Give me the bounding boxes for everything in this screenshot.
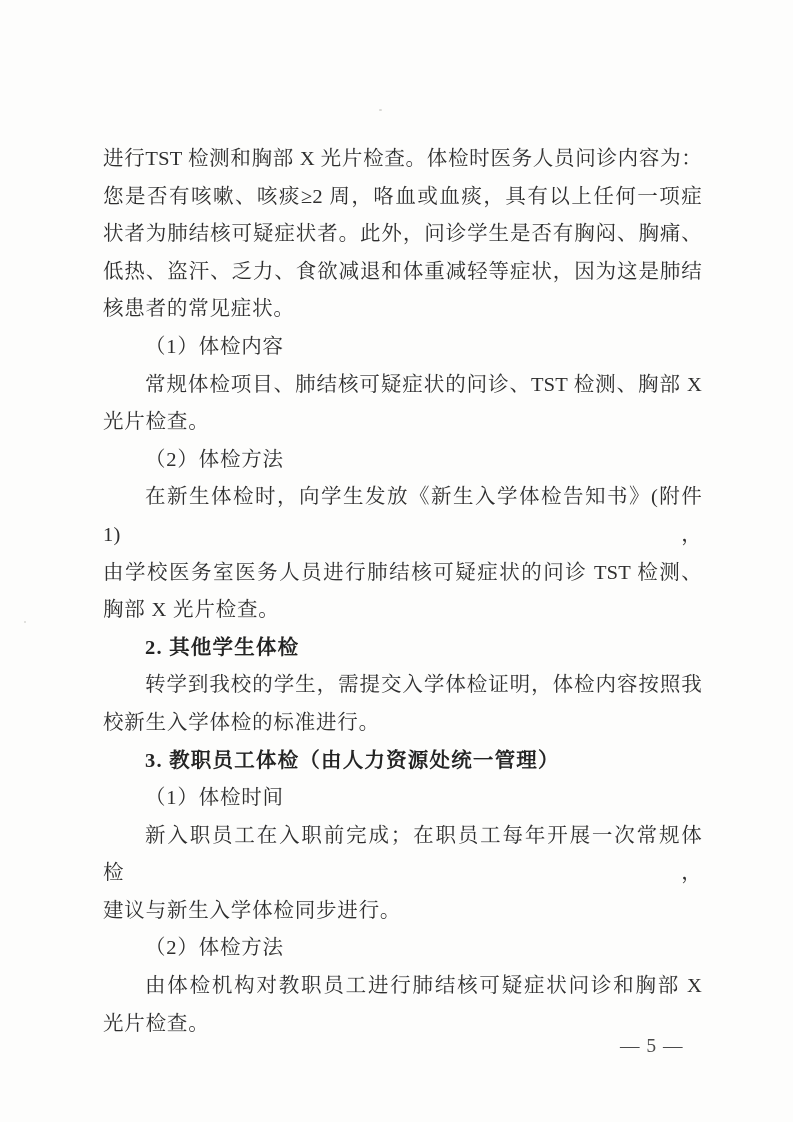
page-number: — 5 —: [620, 1036, 684, 1058]
document-page: 进行TST 检测和胸部 X 光片检查。体检时医务人员问诊内容为： 您是否有咳嗽、…: [0, 0, 793, 1122]
text-line: 由学校医务室医务人员进行肺结核可疑症状的问诊 TST 检测、: [103, 555, 702, 593]
text-line: 常规体检项目、肺结核可疑症状的问诊、TST 检测、胸部 X: [103, 367, 702, 405]
text-line: 光片检查。: [103, 404, 702, 442]
text-line: 在新生体检时，向学生发放《新生入学体检告知书》(附件 1)，: [103, 479, 702, 554]
text-line: 状者为肺结核可疑症状者。此外，问诊学生是否有胸闷、胸痛、: [103, 216, 702, 254]
document-body: 进行TST 检测和胸部 X 光片检查。体检时医务人员问诊内容为： 您是否有咳嗽、…: [103, 141, 702, 1043]
sub-heading: （1）体检内容: [103, 329, 702, 367]
text-line: 由体检机构对教职员工进行肺结核可疑症状问诊和胸部 X: [103, 968, 702, 1006]
text-line: 新入职员工在入职前完成；在职员工每年开展一次常规体检，: [103, 818, 702, 893]
sub-heading: （2）体检方法: [103, 930, 702, 968]
text-line: 进行TST 检测和胸部 X 光片检查。体检时医务人员问诊内容为：: [103, 141, 702, 179]
text-line: 低热、盗汗、乏力、食欲减退和体重减轻等症状，因为这是肺结: [103, 254, 702, 292]
text-line: 转学到我校的学生，需提交入学体检证明，体检内容按照我: [103, 667, 702, 705]
text-line: 校新生入学体检的标准进行。: [103, 705, 702, 743]
sub-heading: （2）体检方法: [103, 442, 702, 480]
text-line: 胸部 X 光片检查。: [103, 592, 702, 630]
text-line: 您是否有咳嗽、咳痰≥2 周，咯血或血痰，具有以上任何一项症: [103, 179, 702, 217]
section-heading: 3. 教职员工体检（由人力资源处统一管理）: [103, 743, 702, 781]
scan-speck: [24, 621, 26, 623]
text-line: 建议与新生入学体检同步进行。: [103, 893, 702, 931]
scan-speck: [379, 109, 382, 111]
text-line: 核患者的常见症状。: [103, 291, 702, 329]
section-heading: 2. 其他学生体检: [103, 630, 702, 668]
sub-heading: （1）体检时间: [103, 780, 702, 818]
text-line: 光片检查。: [103, 1006, 702, 1044]
